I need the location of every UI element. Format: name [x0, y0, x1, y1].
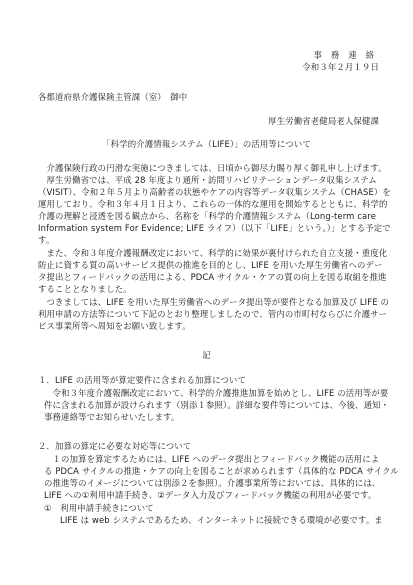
subsection-heading: ① 利用申請手続きについて	[44, 503, 154, 514]
intro-line: 運用しており、令和３年４月１日より、これらの一体的な運用を開始するとともに、科学…	[38, 199, 388, 210]
sender: 厚生労働省老健局老人保健課	[268, 116, 379, 127]
doc-date: 令和３年２月１９日	[302, 62, 379, 73]
section-line: 令和３年度介護報酬改定において、科学的介護推進加算を始めとし、LIFE の活用等…	[44, 388, 388, 399]
section-line: LIFE への①利用申請手続き、②データ入力及びフィードバック機能の利用が必要で…	[44, 490, 377, 501]
intro-line: 防止に資する質の高いサービス提供の推進を目的とし、LIFE を用いた厚生労働省へ…	[38, 260, 383, 271]
section-line: 件に含まれる加算が設けられます（別添１参照）。詳細な要件等については、今後、通知…	[44, 400, 389, 411]
intro-line: Information system For Evidence; LIFE ライ…	[38, 223, 391, 234]
intro-line: タ提出とフィードバックの活用による、PDCA サイクル・ケアの質の向上を図る取組…	[38, 272, 387, 283]
section-heading: １．LIFE の活用等が算定要件に含まれる加算について	[38, 375, 246, 386]
intro-line: 介護保険行政の円滑な実施につきましては、日頃から御尽力賜り厚く御礼申し上げます。	[38, 163, 387, 174]
section-line: る PDCA サイクルの推進・ケアの向上を図ることが求められます（具体的な PD…	[44, 466, 399, 477]
doc-type: 事務連絡	[314, 50, 384, 61]
intro-line: することとなりました。	[38, 284, 132, 295]
intro-line: また、令和３年度介護報酬改定において、科学的に効果が裏付けられた自立支援・重度化	[38, 248, 387, 259]
subsection-line: LIFE は web システムであるため、インターネットに接続できる環境が必要で…	[60, 515, 383, 526]
document-title: 「科学的介護情報システム（LIFE）」の活用等について	[0, 139, 413, 150]
section-heading: ２．加算の算定に必要な対応等について	[38, 441, 191, 452]
section-line: の推進等のイメージについては別添２を参照）。介護事業所等においては、具体的には、	[44, 478, 380, 489]
ki-marker: 記	[0, 350, 413, 361]
intro-line: 介護の理解と浸透を図る観点から、名称を「科学的介護情報システム（Long-ter…	[38, 211, 376, 222]
intro-line: （VISIT）、令和２年５月より高齢者の状態やケアの内容等データ収集システム（C…	[38, 187, 391, 198]
section-line: 事務連絡等でお知らせいたします。	[44, 412, 179, 423]
intro-line: 利用申請の方法等について下記のとおり整理しましたので、管内の市町村ならびに介護サ…	[38, 309, 387, 320]
intro-line: す。	[38, 235, 54, 246]
addressee: 各都道府県介護保険主管課（室） 御中	[38, 92, 187, 103]
intro-line: ビス事業所等へ周知をお願い致します。	[38, 321, 191, 332]
intro-line: 厚生労働省では、平成 28 年度より通所・訪問リハビリテーションデータ収集システ…	[38, 175, 377, 186]
intro-line: つきましては、LIFE を用いた厚生労働省へのデータ提出等が要件となる加算及び …	[38, 297, 389, 308]
section-line: １の加算を算定するためには、LIFE へのデータ提出とフィードバック機能の活用に…	[44, 454, 379, 465]
